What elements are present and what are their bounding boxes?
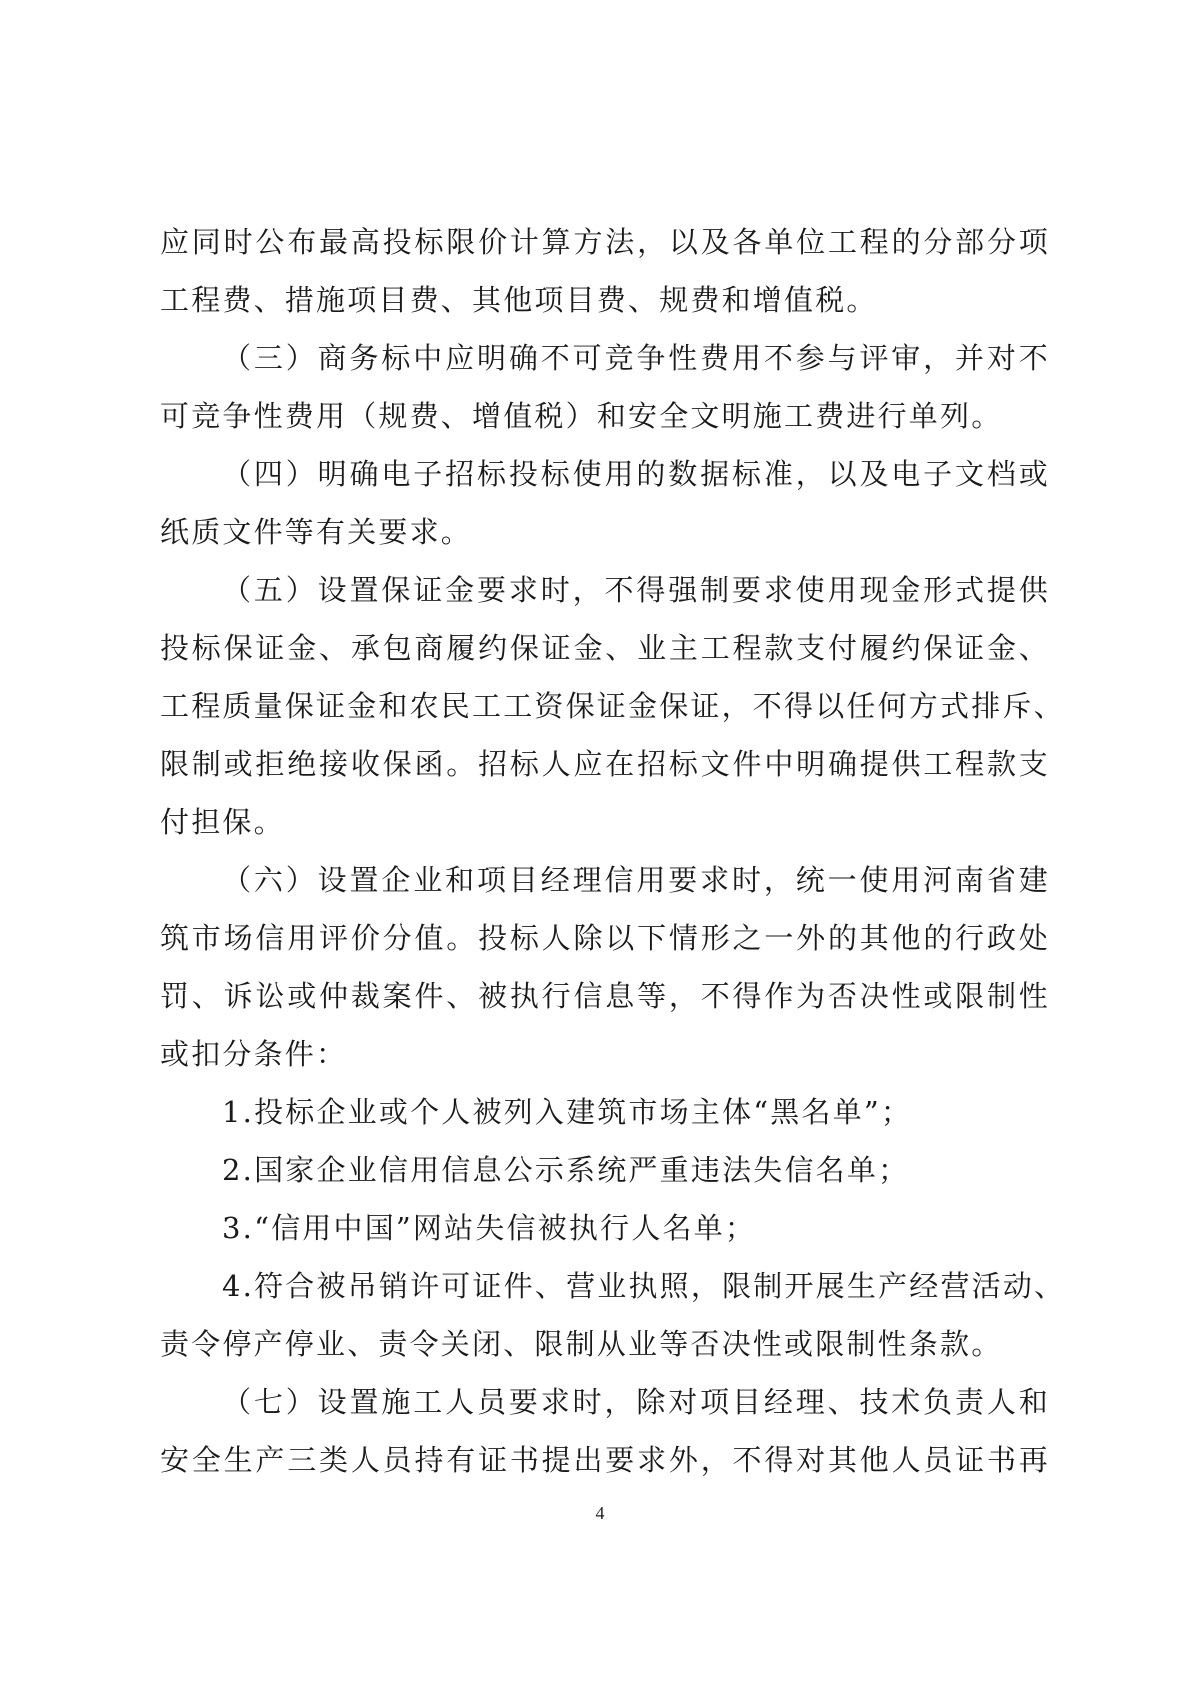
page-number: 4 <box>580 1503 620 1524</box>
document-page: 应同时公布最高投标限价计算方法，以及各单位工程的分部分项 工程费、措施项目费、其… <box>0 0 1200 1697</box>
list-item: 3.“信用中国”网站失信被执行人名单； <box>222 1208 1050 1248</box>
text-line: （三）商务标中应明确不可竞争性费用不参与评审，并对不 <box>222 338 1050 378</box>
text-line: 可竞争性费用（规费、增值税）和安全文明施工费进行单列。 <box>160 396 1050 436</box>
text-line: （五）设置保证金要求时，不得强制要求使用现金形式提供 <box>222 570 1050 610</box>
text-line: 罚、诉讼或仲裁案件、被执行信息等，不得作为否决性或限制性 <box>160 976 1050 1016</box>
text-line: （六）设置企业和项目经理信用要求时，统一使用河南省建 <box>222 860 1050 900</box>
text-line: 投标保证金、承包商履约保证金、业主工程款支付履约保证金、 <box>160 628 1050 668</box>
list-item: 1.投标企业或个人被列入建筑市场主体“黑名单”； <box>222 1092 1050 1132</box>
text-line: 纸质文件等有关要求。 <box>160 512 1050 552</box>
text-line: （七）设置施工人员要求时，除对项目经理、技术负责人和 <box>222 1382 1050 1422</box>
text-line: 安全生产三类人员持有证书提出要求外，不得对其他人员证书再 <box>160 1440 1050 1480</box>
text-line: 筑市场信用评价分值。投标人除以下情形之一外的其他的行政处 <box>160 918 1050 958</box>
text-line: 付担保。 <box>160 802 1050 842</box>
text-line: 工程费、措施项目费、其他项目费、规费和增值税。 <box>160 280 1050 320</box>
list-item: 4.符合被吊销许可证件、营业执照，限制开展生产经营活动、 <box>222 1266 1050 1306</box>
text-line: 责令停产停业、责令关闭、限制从业等否决性或限制性条款。 <box>160 1324 1050 1364</box>
text-line: 或扣分条件： <box>160 1034 1050 1074</box>
text-line: 限制或拒绝接收保函。招标人应在招标文件中明确提供工程款支 <box>160 744 1050 784</box>
list-item: 2.国家企业信用信息公示系统严重违法失信名单； <box>222 1150 1050 1190</box>
text-line: 应同时公布最高投标限价计算方法，以及各单位工程的分部分项 <box>160 222 1050 262</box>
text-line: 工程质量保证金和农民工工资保证金保证，不得以任何方式排斥、 <box>160 686 1050 726</box>
text-line: （四）明确电子招标投标使用的数据标准，以及电子文档或 <box>222 454 1050 494</box>
